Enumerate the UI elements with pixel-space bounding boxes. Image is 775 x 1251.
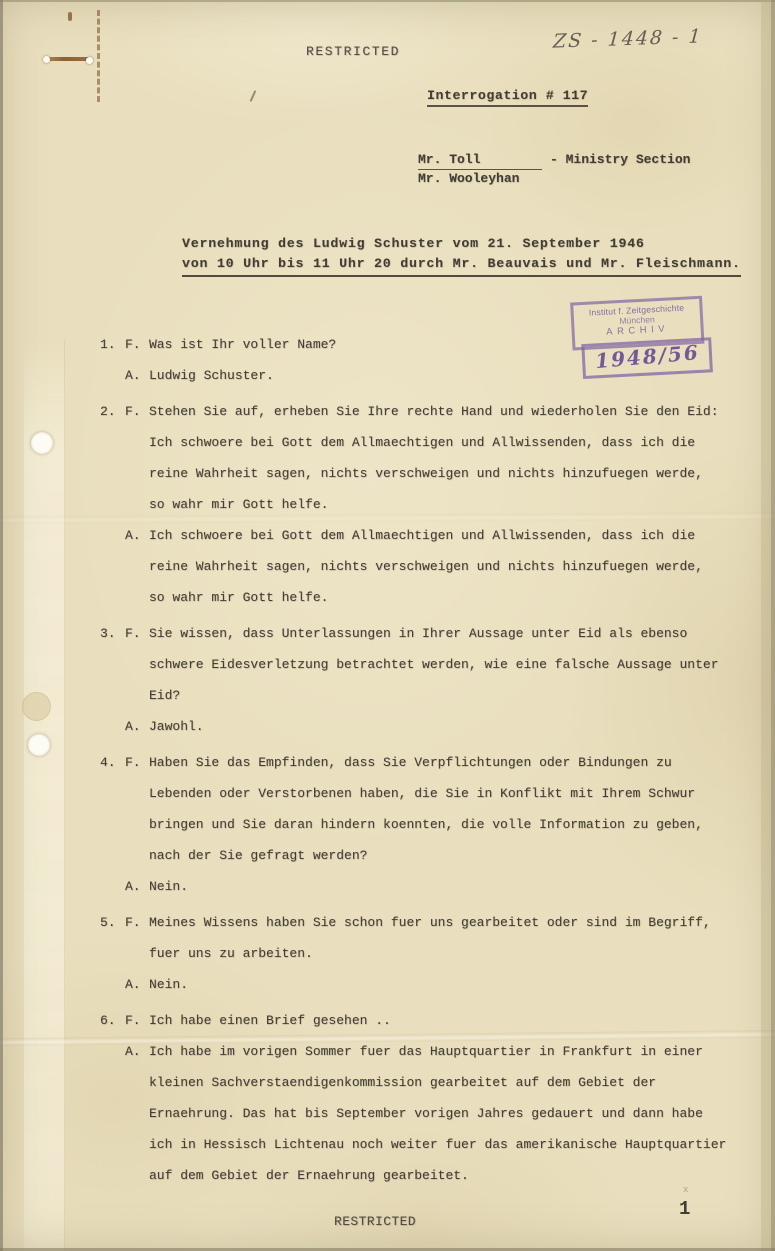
qa-item-number: 2.	[100, 396, 125, 427]
document-title: Interrogation # 117	[427, 88, 588, 107]
qa-line: A.Jawohl.	[100, 711, 760, 742]
qa-speaker-letter	[125, 809, 149, 840]
qa-text: Eid?	[149, 680, 760, 711]
qa-item-number	[100, 809, 125, 840]
qa-line: bringen und Sie daran hindern koennten, …	[100, 809, 760, 840]
qa-line: Lebenden oder Verstorbenen haben, die Si…	[100, 778, 760, 809]
qa-speaker-letter: A.	[125, 520, 149, 551]
qa-speaker-letter	[125, 458, 149, 489]
qa-line: 5.F.Meines Wissens haben Sie schon fuer …	[100, 907, 760, 938]
classification-stamp-bottom: RESTRICTED	[334, 1214, 416, 1229]
qa-text: Haben Sie das Empfinden, dass Sie Verpfl…	[149, 747, 760, 778]
session-heading-line-2: von 10 Uhr bis 11 Uhr 20 durch Mr. Beauv…	[182, 254, 741, 277]
qa-speaker-letter: F.	[125, 396, 149, 427]
qa-text: Nein.	[149, 969, 760, 1000]
qa-line: Eid?	[100, 680, 760, 711]
qa-text: bringen und Sie daran hindern koennten, …	[149, 809, 760, 840]
qa-speaker-letter	[125, 489, 149, 520]
qa-item-number	[100, 458, 125, 489]
qa-item-number	[100, 840, 125, 871]
qa-text: so wahr mir Gott helfe.	[149, 489, 760, 520]
qa-line: so wahr mir Gott helfe.	[100, 582, 760, 613]
qa-line: reine Wahrheit sagen, nichts verschweige…	[100, 458, 760, 489]
page-number: 1	[679, 1198, 690, 1220]
qa-line: reine Wahrheit sagen, nichts verschweige…	[100, 551, 760, 582]
qa-speaker-letter	[125, 1067, 149, 1098]
scan-edge	[771, 0, 775, 1251]
qa-list: 1.F.Was ist Ihr voller Name?A.Ludwig Sch…	[100, 329, 760, 1191]
session-heading-line-1: Vernehmung des Ludwig Schuster vom 21. S…	[182, 234, 741, 254]
qa-item-number: 6.	[100, 1005, 125, 1036]
qa-item-number	[100, 711, 125, 742]
qa-speaker-letter	[125, 1129, 149, 1160]
qa-line: 4.F.Haben Sie das Empfinden, dass Sie Ve…	[100, 747, 760, 778]
interrogator-name-2: Mr. Wooleyhan	[418, 171, 519, 186]
qa-text: fuer uns zu arbeiten.	[149, 938, 760, 969]
qa-speaker-letter	[125, 551, 149, 582]
qa-text: auf dem Gebiet der Ernaehrung gearbeitet…	[149, 1160, 760, 1191]
qa-speaker-letter: A.	[125, 1036, 149, 1067]
qa-text: schwere Eidesverletzung betrachtet werde…	[149, 649, 760, 680]
rust-crease-mark	[97, 10, 100, 102]
qa-line: nach der Sie gefragt werden?	[100, 840, 760, 871]
qa-text: Nein.	[149, 871, 760, 902]
qa-text: Stehen Sie auf, erheben Sie Ihre rechte …	[149, 396, 760, 427]
qa-item-number	[100, 360, 125, 391]
qa-text: Was ist Ihr voller Name?	[149, 329, 760, 360]
qa-line: 6.F.Ich habe einen Brief gesehen ..	[100, 1005, 760, 1036]
qa-speaker-letter: F.	[125, 618, 149, 649]
qa-item-number	[100, 551, 125, 582]
qa-text: Ludwig Schuster.	[149, 360, 760, 391]
qa-line: A.Nein.	[100, 969, 760, 1000]
session-heading: Vernehmung des Ludwig Schuster vom 21. S…	[182, 234, 741, 277]
qa-item-number	[100, 1160, 125, 1191]
qa-line: 1.F.Was ist Ihr voller Name?	[100, 329, 760, 360]
qa-speaker-letter	[125, 649, 149, 680]
qa-text: nach der Sie gefragt werden?	[149, 840, 760, 871]
interrogator-line-1: Mr. Toll- Ministry Section	[418, 151, 690, 170]
interrogator-line-2: Mr. Wooleyhan	[418, 170, 690, 188]
qa-line: 3.F.Sie wissen, dass Unterlassungen in I…	[100, 618, 760, 649]
qa-speaker-letter	[125, 427, 149, 458]
qa-speaker-letter: F.	[125, 1005, 149, 1036]
qa-speaker-letter: A.	[125, 871, 149, 902]
paper-binding-band	[24, 340, 65, 1251]
qa-item-number	[100, 1067, 125, 1098]
qa-speaker-letter: F.	[125, 747, 149, 778]
qa-line: ich in Hessisch Lichtenau noch weiter fu…	[100, 1129, 760, 1160]
qa-item-number: 1.	[100, 329, 125, 360]
qa-item-number	[100, 489, 125, 520]
qa-text: Lebenden oder Verstorbenen haben, die Si…	[149, 778, 760, 809]
qa-line: fuer uns zu arbeiten.	[100, 938, 760, 969]
rust-dot	[68, 12, 72, 21]
qa-speaker-letter: F.	[125, 329, 149, 360]
qa-text: Ich habe einen Brief gesehen ..	[149, 1005, 760, 1036]
classification-stamp-top: RESTRICTED	[306, 44, 400, 59]
hole-punch-ghost	[22, 692, 51, 721]
scan-edge	[761, 0, 771, 1251]
qa-speaker-letter: A.	[125, 711, 149, 742]
qa-speaker-letter	[125, 680, 149, 711]
qa-text: Ich schwoere bei Gott dem Allmaechtigen …	[149, 427, 760, 458]
qa-item-number	[100, 938, 125, 969]
qa-text: Sie wissen, dass Unterlassungen in Ihrer…	[149, 618, 760, 649]
qa-item-number	[100, 582, 125, 613]
qa-line: A.Ich habe im vorigen Sommer fuer das Ha…	[100, 1036, 760, 1067]
qa-speaker-letter: A.	[125, 360, 149, 391]
qa-text: Ernaehrung. Das hat bis September vorige…	[149, 1098, 760, 1129]
qa-speaker-letter	[125, 1160, 149, 1191]
qa-item-number	[100, 427, 125, 458]
qa-text: Ich habe im vorigen Sommer fuer das Haup…	[149, 1036, 760, 1067]
staple-hole-glint	[86, 57, 93, 64]
qa-item-number	[100, 969, 125, 1000]
interrogator-list: Mr. Toll- Ministry Section Mr. Wooleyhan	[418, 151, 690, 187]
qa-text: reine Wahrheit sagen, nichts verschweige…	[149, 551, 760, 582]
qa-item-number: 5.	[100, 907, 125, 938]
qa-text: ich in Hessisch Lichtenau noch weiter fu…	[149, 1129, 760, 1160]
qa-speaker-letter: A.	[125, 969, 149, 1000]
qa-line: so wahr mir Gott helfe.	[100, 489, 760, 520]
staple-hole-glint	[43, 56, 50, 63]
interrogator-role-1: - Ministry Section	[550, 152, 690, 167]
scanned-document-page: { "page": { "classification_top": "RESTR…	[0, 0, 775, 1251]
qa-text: kleinen Sachverstaendigenkommission gear…	[149, 1067, 760, 1098]
scan-edge	[0, 0, 775, 2]
qa-text: reine Wahrheit sagen, nichts verschweige…	[149, 458, 760, 489]
qa-text: Meines Wissens haben Sie schon fuer uns …	[149, 907, 760, 938]
qa-line: Ernaehrung. Das hat bis September vorige…	[100, 1098, 760, 1129]
qa-line: kleinen Sachverstaendigenkommission gear…	[100, 1067, 760, 1098]
qa-item-number	[100, 1098, 125, 1129]
qa-line: schwere Eidesverletzung betrachtet werde…	[100, 649, 760, 680]
qa-line: 2.F.Stehen Sie auf, erheben Sie Ihre rec…	[100, 396, 760, 427]
staple-rust-mark	[46, 57, 90, 61]
interrogator-name-1: Mr. Toll	[418, 151, 542, 170]
handwritten-archive-ref: ZS - 1448 - 1	[552, 25, 703, 52]
qa-item-number	[100, 1036, 125, 1067]
qa-item-number: 4.	[100, 747, 125, 778]
qa-line: A.Ich schwoere bei Gott dem Allmaechtige…	[100, 520, 760, 551]
qa-text: so wahr mir Gott helfe.	[149, 582, 760, 613]
qa-speaker-letter	[125, 840, 149, 871]
qa-text: Jawohl.	[149, 711, 760, 742]
qa-item-number	[100, 871, 125, 902]
qa-item-number	[100, 520, 125, 551]
qa-item-number	[100, 778, 125, 809]
qa-line: A.Ludwig Schuster.	[100, 360, 760, 391]
pencil-tick-mark	[250, 90, 257, 102]
qa-item-number	[100, 680, 125, 711]
hole-punch	[31, 432, 53, 454]
qa-line: A.Nein.	[100, 871, 760, 902]
qa-speaker-letter	[125, 778, 149, 809]
qa-text: Ich schwoere bei Gott dem Allmaechtigen …	[149, 520, 760, 551]
qa-speaker-letter	[125, 1098, 149, 1129]
qa-item-number	[100, 649, 125, 680]
scan-edge	[0, 0, 3, 1251]
qa-item-number	[100, 1129, 125, 1160]
qa-speaker-letter	[125, 582, 149, 613]
hole-punch	[28, 734, 50, 756]
qa-line: auf dem Gebiet der Ernaehrung gearbeitet…	[100, 1160, 760, 1191]
qa-line: Ich schwoere bei Gott dem Allmaechtigen …	[100, 427, 760, 458]
qa-item-number: 3.	[100, 618, 125, 649]
qa-speaker-letter	[125, 938, 149, 969]
qa-speaker-letter: F.	[125, 907, 149, 938]
